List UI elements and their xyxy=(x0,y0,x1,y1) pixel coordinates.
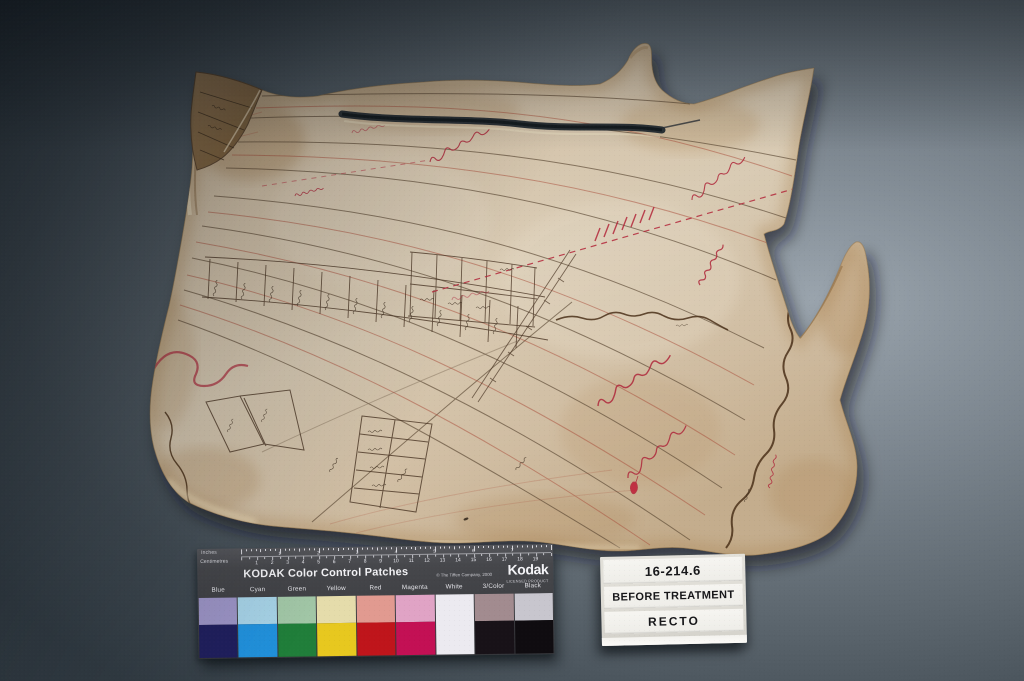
patch-columns xyxy=(199,593,554,658)
color-patch-blue-solid xyxy=(199,624,238,658)
color-patch-red-solid xyxy=(357,622,396,656)
color-patch-3/color-tint xyxy=(475,594,514,622)
chart-copyright: © The Tiffen Company, 2000 xyxy=(436,572,492,578)
label-treatment-stage: BEFORE TREATMENT xyxy=(604,584,743,609)
patch-label-blue: Blue xyxy=(199,586,238,598)
color-patch-green-tint xyxy=(278,596,317,624)
patch-column-magenta xyxy=(396,595,435,656)
patch-column-cyan xyxy=(238,597,277,658)
label-side: RECTO xyxy=(604,609,743,634)
color-patch-cyan-solid xyxy=(238,624,277,658)
kodak-logo: Kodak LICENSED PRODUCT xyxy=(506,561,548,584)
color-patch-blue-tint xyxy=(199,597,238,625)
patch-column-white xyxy=(435,594,474,655)
color-patch-green-solid xyxy=(278,623,317,657)
color-patch-magenta-tint xyxy=(396,595,435,623)
patch-label-green: Green xyxy=(277,585,316,597)
patch-label-white: White xyxy=(434,583,473,595)
patch-column-yellow xyxy=(317,596,356,657)
color-patch-white xyxy=(435,594,474,655)
conservation-photo-scene: Inches Centimetres 1234567 1234567891011… xyxy=(0,0,1024,681)
color-patch-black-solid xyxy=(515,620,554,654)
patch-label-magenta: Magenta xyxy=(395,584,434,596)
patch-label-3/color: 3/Color xyxy=(474,583,513,595)
label-object-number: 16-214.6 xyxy=(603,557,743,584)
patch-column-black xyxy=(514,593,553,654)
kodak-color-control-patches-card: Inches Centimetres 1234567 1234567891011… xyxy=(197,544,555,659)
color-patch-3/color-solid xyxy=(475,621,514,655)
patch-column-blue xyxy=(199,597,238,658)
color-patch-yellow-solid xyxy=(317,623,356,657)
patch-label-cyan: Cyan xyxy=(238,586,277,598)
ruler-centimetres-label: Centimetres xyxy=(200,559,228,565)
patch-column-red xyxy=(356,595,395,656)
patch-label-black: Black xyxy=(513,582,552,594)
ruler-inches-label: Inches xyxy=(201,550,217,556)
color-patch-red-tint xyxy=(356,595,395,623)
color-patch-yellow-tint xyxy=(317,596,356,624)
identification-label: 16-214.6 BEFORE TREATMENT RECTO xyxy=(600,554,747,646)
color-patch-cyan-tint xyxy=(238,597,277,625)
patch-label-yellow: Yellow xyxy=(317,585,356,597)
color-patch-magenta-solid xyxy=(396,622,435,656)
patch-label-red: Red xyxy=(356,584,395,596)
patch-column-green xyxy=(278,596,317,657)
chart-title: KODAK Color Control Patches xyxy=(243,566,408,580)
color-patch-black-tint xyxy=(514,593,553,621)
patch-column-3/color xyxy=(475,594,514,655)
